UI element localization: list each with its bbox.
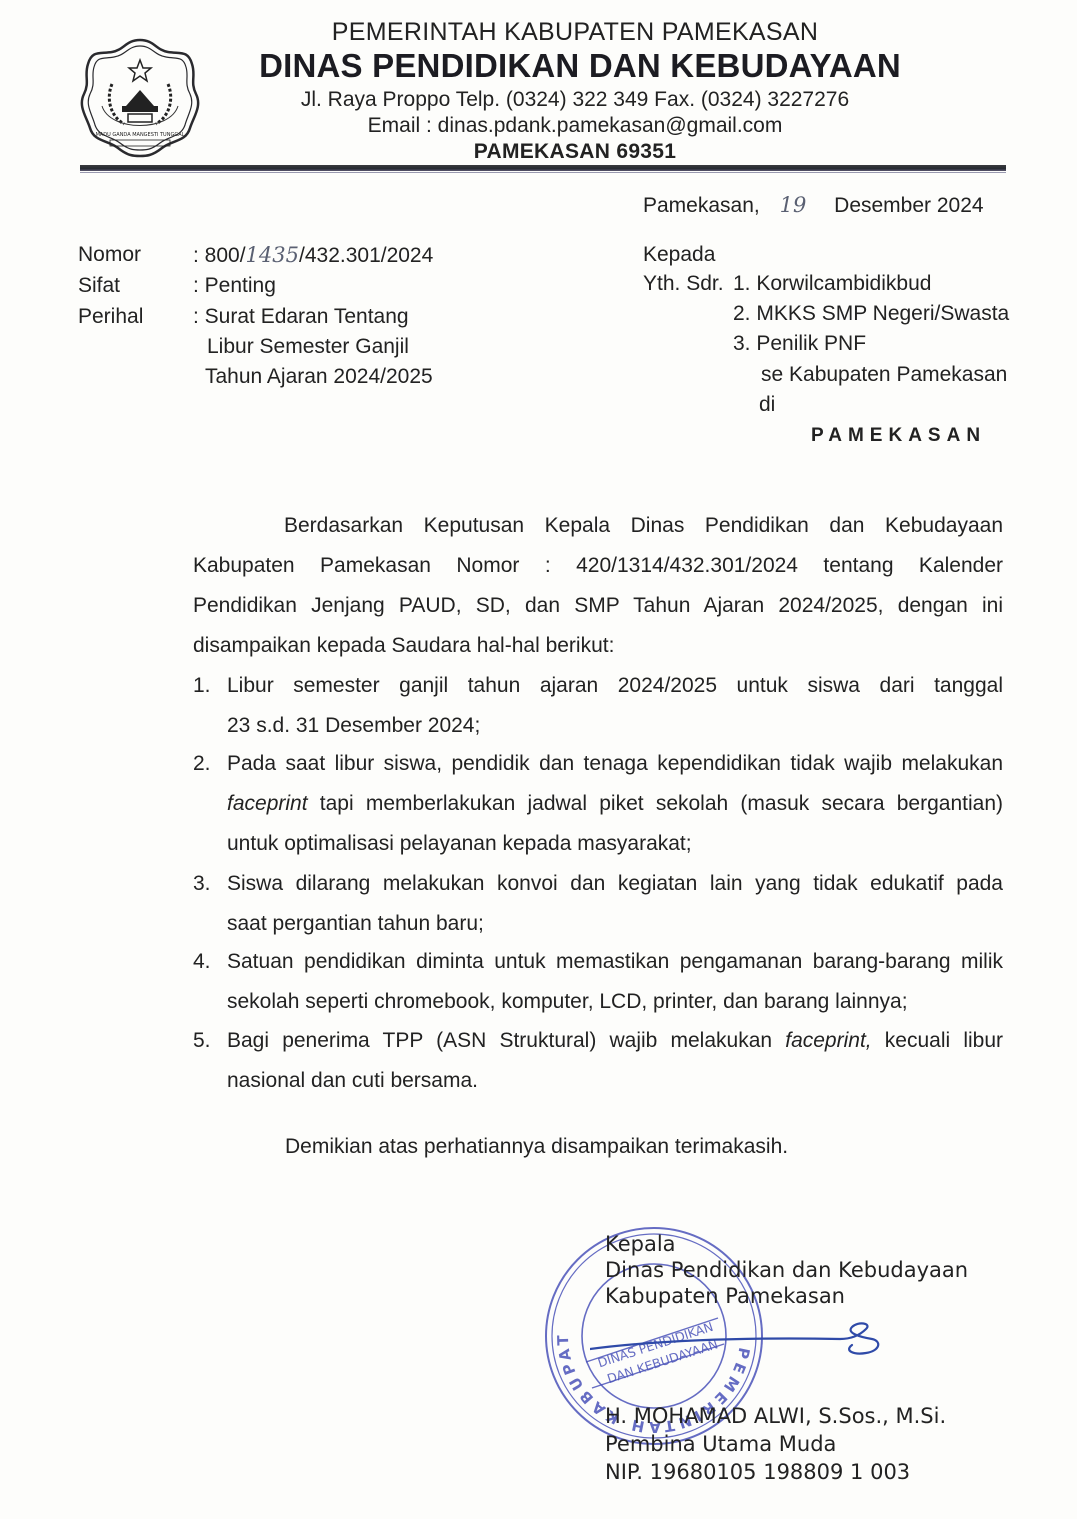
- item-5-line-1-tail: kecuali libur: [885, 1029, 1003, 1052]
- item-2-line-2-text: tapi memberlakukan jadwal piket sekolah …: [320, 792, 1003, 815]
- item-3-line-2: saat pergantian tahun baru;: [227, 912, 1003, 936]
- item-1-number: 1.: [193, 674, 211, 698]
- item-2-line-1: Pada saat libur siswa, pendidik dan tena…: [227, 752, 1003, 776]
- signatory-rank: Pembina Utama Muda: [605, 1432, 836, 1456]
- item-4-line-2: sekolah seperti chromebook, komputer, LC…: [227, 990, 1003, 1014]
- item-2-number: 2.: [193, 752, 211, 776]
- letter-date: Pamekasan, 19 Desember 2024: [643, 193, 984, 218]
- item-5-line-1-text: Bagi penerima TPP (ASN Struktural) wajib…: [227, 1029, 772, 1052]
- item-4-line-1: Satuan pendidikan diminta untuk memastik…: [227, 950, 1003, 974]
- perihal-line-1: : Surat Edaran Tentang: [193, 305, 409, 329]
- recipient-item-2: 2. MKKS SMP Negeri/Swasta: [733, 302, 1009, 326]
- signatory-nip: NIP. 19680105 198809 1 003: [605, 1460, 910, 1484]
- recipient-region: se Kabupaten Pamekasan: [761, 363, 1007, 387]
- perihal-line-3: Tahun Ajaran 2024/2025: [205, 365, 433, 389]
- nomor-value: : 800/1435/432.301/2024: [193, 243, 433, 268]
- recipient-to: Kepada: [643, 243, 715, 267]
- item-1-line-1: Libur semester ganjil tahun ajaran 2024/…: [227, 674, 1003, 698]
- date-place: Pamekasan,: [643, 194, 760, 217]
- intro-line-1: Berdasarkan Keputusan Kepala Dinas Pendi…: [284, 514, 1003, 538]
- signatory-name: H. MOHAMAD ALWI, S.Sos., M.Si.: [605, 1404, 946, 1428]
- handwritten-signature-icon: [590, 1315, 890, 1365]
- nomor-handwritten: 1435: [246, 243, 299, 267]
- sifat-label: Sifat: [78, 274, 120, 298]
- item-5-italic-term: faceprint,: [785, 1029, 871, 1052]
- item-2-italic-term: faceprint: [227, 792, 308, 815]
- signature-title: Kepala: [605, 1232, 676, 1256]
- signature-office: Dinas Pendidikan dan Kebudayaan: [605, 1258, 968, 1282]
- perihal-line-2: Libur Semester Ganjil: [207, 335, 409, 359]
- letterhead-rule-thin: [80, 172, 1006, 173]
- letterhead-address: Jl. Raya Proppo Telp. (0324) 322 349 Fax…: [0, 88, 1077, 112]
- item-4-number: 4.: [193, 950, 211, 974]
- sifat-value: : Penting: [193, 274, 276, 298]
- signature-region: Kabupaten Pamekasan: [605, 1284, 845, 1308]
- recipient-salutation: Yth. Sdr.: [643, 272, 724, 296]
- item-2-line-2: faceprint tapi memberlakukan jadwal pike…: [227, 792, 1003, 816]
- intro-line-3: Pendidikan Jenjang PAUD, SD, dan SMP Tah…: [193, 594, 1003, 618]
- item-3-number: 3.: [193, 872, 211, 896]
- item-5-line-1: Bagi penerima TPP (ASN Struktural) wajib…: [227, 1029, 1003, 1053]
- recipient-item-1: 1. Korwilcambidikbud: [733, 272, 931, 296]
- letterhead-government: PEMERINTAH KABUPATEN PAMEKASAN: [0, 18, 1077, 47]
- intro-line-4: disampaikan kepada Saudara hal-hal berik…: [193, 634, 1003, 658]
- recipient-city: PAMEKASAN: [811, 425, 986, 447]
- letterhead-city-postal: PAMEKASAN 69351: [0, 140, 1077, 164]
- recipient-item-3: 3. Penilik PNF: [733, 332, 866, 356]
- nomor-label: Nomor: [78, 243, 141, 267]
- closing-sentence: Demikian atas perhatiannya disampaikan t…: [285, 1135, 788, 1159]
- nomor-suffix: /432.301/2024: [299, 244, 433, 267]
- date-month-year: Desember 2024: [834, 194, 983, 217]
- item-1-line-2: 23 s.d. 31 Desember 2024;: [227, 714, 1003, 738]
- item-5-number: 5.: [193, 1029, 211, 1053]
- letterhead-rule: [80, 165, 1006, 171]
- letterhead-email: Email : dinas.pdank.pamekasan@gmail.com: [0, 114, 1077, 138]
- item-2-line-3: untuk optimalisasi pelayanan kepada masy…: [227, 832, 1003, 856]
- date-day-handwritten: 19: [780, 193, 807, 217]
- recipient-at: di: [759, 393, 775, 417]
- perihal-label: Perihal: [78, 305, 143, 329]
- item-3-line-1: Siswa dilarang melakukan konvoi dan kegi…: [227, 872, 1003, 896]
- letterhead-department: DINAS PENDIDIKAN DAN KEBUDAYAAN: [0, 47, 1077, 85]
- intro-line-2: Kabupaten Pamekasan Nomor : 420/1314/432…: [193, 554, 1003, 578]
- nomor-prefix: : 800/: [193, 244, 246, 267]
- item-5-line-2: nasional dan cuti bersama.: [227, 1069, 1003, 1093]
